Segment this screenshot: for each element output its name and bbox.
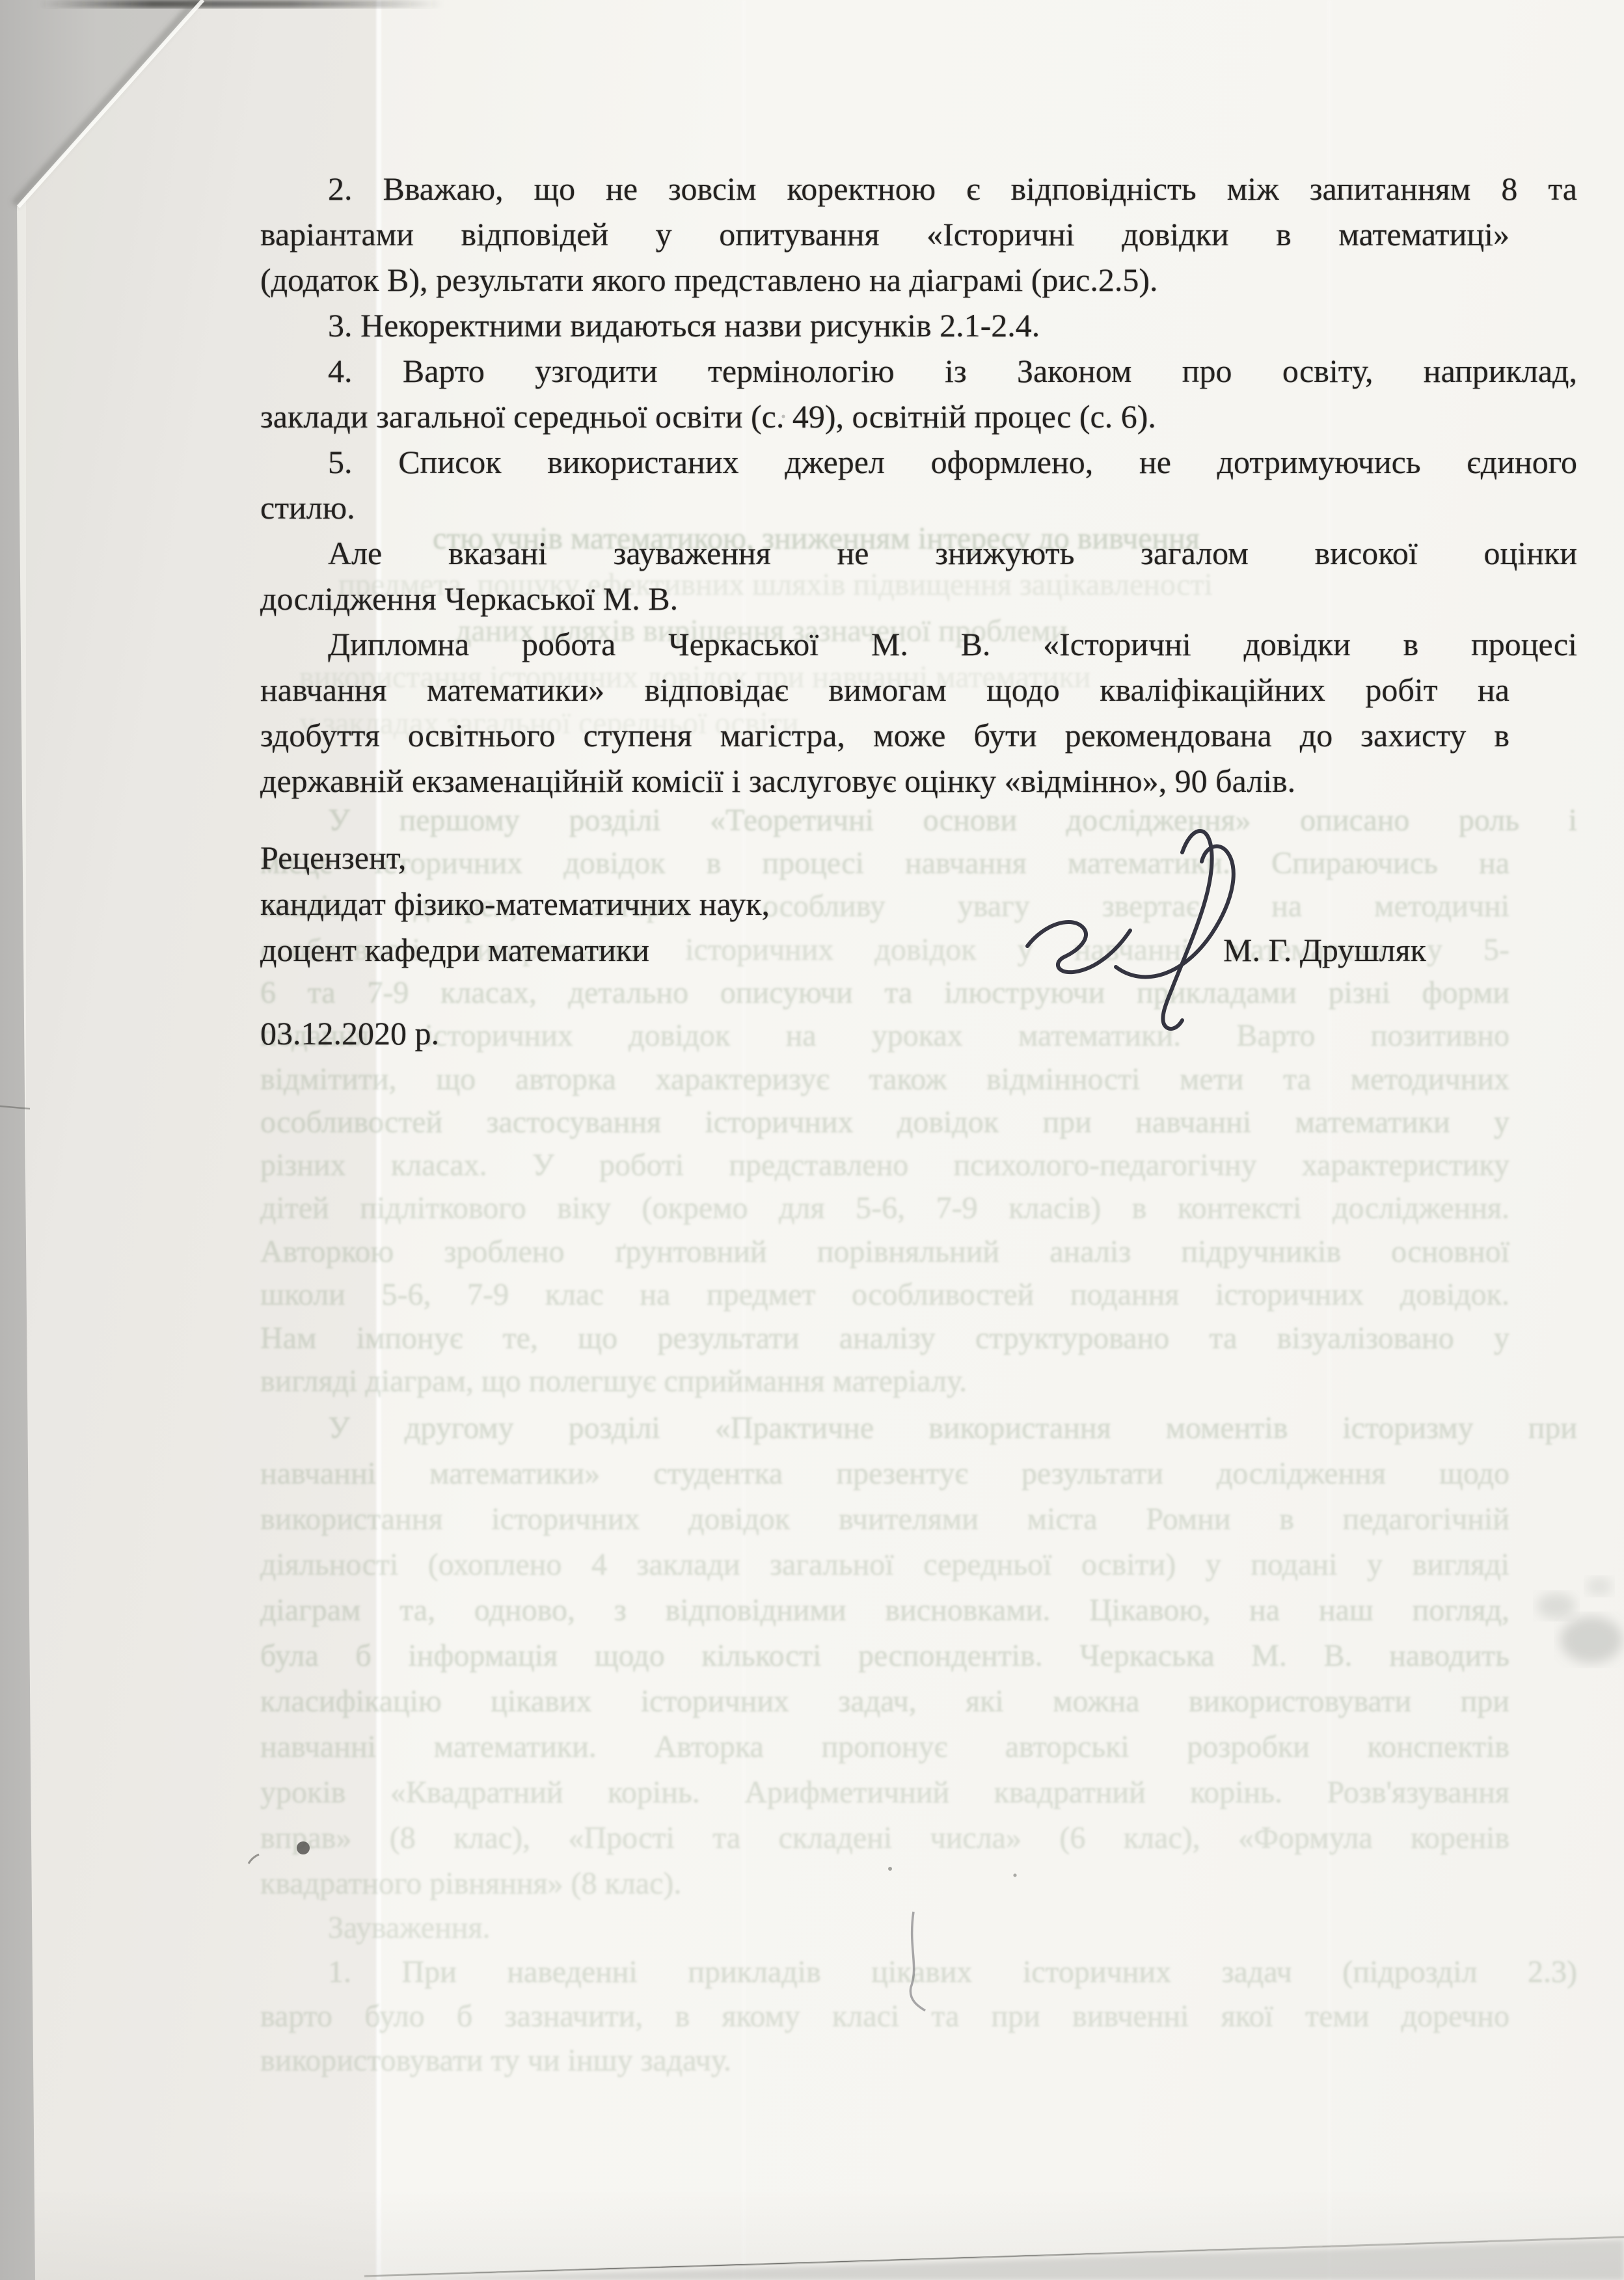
text-line: Але вказані зауваження не знижують загал… (260, 530, 1577, 576)
text-line: стилю. (260, 485, 1509, 530)
text-line: державній екзаменаційній комісії і заслу… (260, 758, 1509, 804)
ghost-text-line: У першому розділі «Теоретичні основи дос… (260, 799, 1577, 842)
ghost-text-line: Авторкою зроблено ґрунтовний порівняльни… (260, 1230, 1509, 1273)
ghost-text-line: школи 5-6, 7-9 клас на предмет особливос… (260, 1273, 1509, 1316)
ghost-text-line: квадратного рівняння» (8 клас). (260, 1862, 681, 1905)
ghost-text-line: навчанні математики» студентка презентує… (260, 1452, 1509, 1495)
text-line: 4. Варто узгодити термінологію із Законо… (260, 348, 1577, 394)
ghost-text-line: відмітити, що авторка характеризує також… (260, 1058, 1509, 1101)
reviewer-role-line: Рецензент, (260, 835, 406, 880)
text-line: здобуття освітнього ступеня магістра, мо… (260, 712, 1509, 758)
text-line: варіантами відповідей у опитування «Істо… (260, 211, 1509, 257)
text-line: 2. Вважаю, що не зовсім коректною є відп… (260, 166, 1577, 211)
ghost-text-line: дітей підліткового віку (окремо для 5-6,… (260, 1187, 1509, 1230)
ghost-text-line: вигляді діаграм, що полегшує сприймання … (260, 1360, 967, 1403)
paper-shading (0, 2189, 1624, 2280)
ghost-text-line: діяльності (охоплено 4 заклади загальної… (260, 1543, 1509, 1586)
ghost-text-line: Нам імпонує те, що результати аналізу ст… (260, 1317, 1509, 1360)
date-line: 03.12.2020 р. (260, 1011, 439, 1056)
ghost-text-line: особливостей застосування історичних дов… (260, 1101, 1509, 1144)
text-line: 5. Список використаних джерел оформлено,… (260, 439, 1577, 485)
text-line: 3. Некоректними видаються назви рисунків… (260, 303, 1577, 348)
ghost-text-line: подання історичних довідок на уроках мат… (260, 1014, 1509, 1057)
text-line: навчання математики» відповідає вимогам … (260, 667, 1509, 712)
handwritten-signature-icon (1018, 812, 1298, 1040)
text-line: заклади загальної середньої освіти (с. 4… (260, 394, 1509, 439)
ghost-text-line: варто було б зазначити, в якому класі та… (260, 1995, 1509, 2038)
ghost-text-line: 1. При наведенні прикладів цікавих істор… (260, 1951, 1577, 1994)
ghost-text-line: вправ» (8 клас), «Прості та складені чис… (260, 1817, 1509, 1860)
reviewer-role-line: кандидат фізико-математичних наук, (260, 881, 770, 927)
ghost-text-line: була б інформація щодо кількості респонд… (260, 1635, 1509, 1677)
scanned-document-page: стю учнів математикою, зниженням інтерес… (0, 0, 1624, 2280)
ghost-text-line: уроків «Квадратний корінь. Арифметичний … (260, 1771, 1509, 1814)
ghost-text-line: використання історичних довідок вчителям… (260, 1498, 1509, 1541)
ghost-text-line: 6 та 7-9 класах, детально описуючи та іл… (260, 971, 1509, 1014)
ghost-text-line: Зауваження. (260, 1907, 491, 1949)
ghost-text-line: У другому розділі «Практичне використанн… (260, 1407, 1577, 1450)
ghost-text-line: місце історичних довідок в процесі навча… (260, 842, 1509, 885)
text-line: дослідження Черкаської М. В. (260, 576, 1509, 621)
ghost-text-line: навчанні математики. Авторка пропонує ав… (260, 1726, 1509, 1769)
ghost-text-line: класифікацію цікавих історичних задач, я… (260, 1680, 1509, 1723)
text-line: (додаток В), результати якого представле… (260, 257, 1509, 303)
ghost-text-line: діаграм та, одново, з відповідними висно… (260, 1589, 1509, 1632)
text-line: Дипломна робота Черкаської М. В. «Істори… (260, 621, 1577, 667)
reviewer-role-line: доцент кафедри математики (260, 927, 649, 973)
ghost-text-line: використовувати ту чи іншу задачу. (260, 2039, 731, 2082)
ghost-text-line: різних класах. У роботі представлено пси… (260, 1144, 1509, 1187)
